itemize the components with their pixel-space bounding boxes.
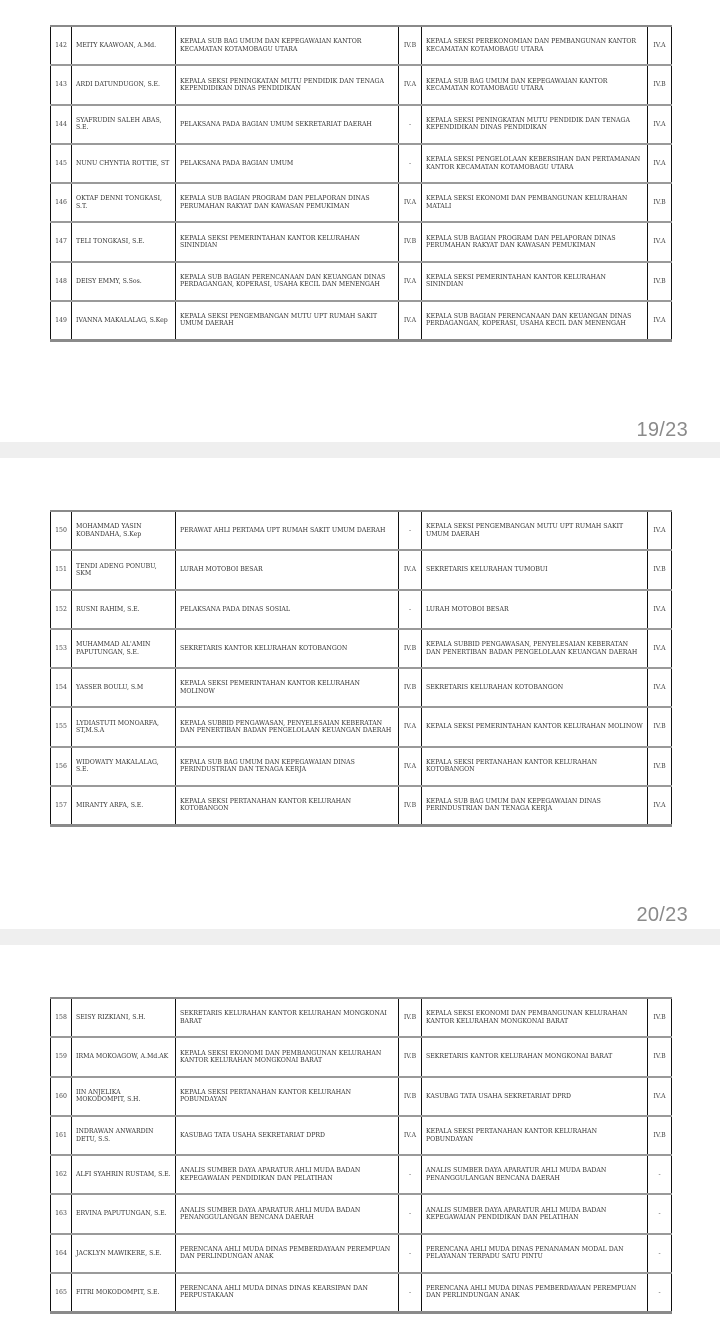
new-position: KEPALA SEKSI PERTANAHAN KANTOR KELURAHAN… <box>422 1116 648 1155</box>
new-grade: - <box>648 1273 672 1312</box>
new-grade: IV.a <box>648 786 672 825</box>
new-grade: IV.a <box>648 26 672 65</box>
old-position: PERENCANA AHLI MUDA DINAS PEMBERDAYAAN P… <box>176 1234 399 1273</box>
old-position: PERAWAT AHLI PERTAMA UPT RUMAH SAKIT UMU… <box>176 511 399 550</box>
new-position: KEPALA SUB BAG UMUM DAN KEPEGAWAIAN DINA… <box>422 786 648 825</box>
old-position: KEPALA SEKSI PENINGKATAN MUTU PENDIDIK D… <box>176 65 399 104</box>
page-number: 19/23 <box>636 419 688 442</box>
old-grade: IV.b <box>399 1077 422 1116</box>
new-grade: IV.b <box>648 550 672 589</box>
table-row: 161INDRAWAN ANWARDIN DETU, S.S.KASUBAG T… <box>51 1116 672 1155</box>
new-grade: IV.a <box>648 301 672 340</box>
page-separator <box>0 442 720 458</box>
new-grade: IV.b <box>648 183 672 222</box>
employee-name: ARDI DATUNDUGON, S.E. <box>72 65 176 104</box>
table-row: 158SEISY RIZKIANI, S.H.SEKRETARIS KELURA… <box>51 998 672 1037</box>
row-number: 162 <box>51 1155 72 1194</box>
page-number: 20/23 <box>636 904 688 927</box>
table-row: 149IVANNA MAKALALAG, S.KepKEPALA SEKSI P… <box>51 301 672 340</box>
new-grade: IV.b <box>648 747 672 786</box>
table-row: 165FITRI MOKODOMPIT, S.E.PERENCANA AHLI … <box>51 1273 672 1312</box>
old-grade: IV.b <box>399 786 422 825</box>
new-position: KASUBAG TATA USAHA SEKRETARIAT DPRD <box>422 1077 648 1116</box>
old-position: KEPALA SUB BAG UMUM DAN KEPEGAWAIAN DINA… <box>176 747 399 786</box>
row-number: 163 <box>51 1194 72 1233</box>
old-position: PELAKSANA PADA BAGIAN UMUM <box>176 144 399 183</box>
table-row: 144SYAFRUDIN SALEH ABAS, S.E.PELAKSANA P… <box>51 105 672 144</box>
row-number: 165 <box>51 1273 72 1312</box>
employee-name: TELI TONGKASI, S.E. <box>72 222 176 261</box>
table-row: 152RUSNI RAHIM, S.E.PELAKSANA PADA DINAS… <box>51 590 672 629</box>
old-position: SEKRETARIS KANTOR KELURAHAN KOTOBANGON <box>176 629 399 668</box>
employee-name: OKTAF DENNI TONGKASI, S.T. <box>72 183 176 222</box>
old-grade: - <box>399 1194 422 1233</box>
new-position: KEPALA SEKSI EKONOMI DAN PEMBANGUNAN KEL… <box>422 998 648 1037</box>
new-position: SEKRETARIS KELURAHAN KOTOBANGON <box>422 668 648 707</box>
new-grade: - <box>648 1234 672 1273</box>
row-number: 147 <box>51 222 72 261</box>
new-grade: IV.a <box>648 668 672 707</box>
row-number: 142 <box>51 26 72 65</box>
old-position: PELAKSANA PADA DINAS SOSIAL <box>176 590 399 629</box>
employee-name: IRMA MOKOAGOW, A.Md.AK <box>72 1037 176 1076</box>
row-number: 154 <box>51 668 72 707</box>
employee-name: TENDI ADENG PONUBU, SKM <box>72 550 176 589</box>
new-grade: IV.b <box>648 998 672 1037</box>
old-grade: IV.a <box>399 707 422 746</box>
employee-name: MUHAMMAD AL'AMIN PAPUTUNGAN, S.E. <box>72 629 176 668</box>
row-number: 144 <box>51 105 72 144</box>
row-number: 156 <box>51 747 72 786</box>
row-number: 152 <box>51 590 72 629</box>
old-grade: IV.a <box>399 550 422 589</box>
employee-name: IVANNA MAKALALAG, S.Kep <box>72 301 176 340</box>
employee-name: WIDOWATY MAKALALAG, S.E. <box>72 747 176 786</box>
new-grade: IV.a <box>648 590 672 629</box>
old-position: KASUBAG TATA USAHA SEKRETARIAT DPRD <box>176 1116 399 1155</box>
old-position: ANALIS SUMBER DAYA APARATUR AHLI MUDA BA… <box>176 1155 399 1194</box>
row-number: 155 <box>51 707 72 746</box>
row-number: 160 <box>51 1077 72 1116</box>
new-position: SEKRETARIS KANTOR KELURAHAN MONGKONAI BA… <box>422 1037 648 1076</box>
new-position: PERENCANA AHLI MUDA DINAS PENANAMAN MODA… <box>422 1234 648 1273</box>
table-row: 155LYDIASTUTI MONOARFA, ST,M.S.AKEPALA S… <box>51 707 672 746</box>
old-position: KEPALA SEKSI PEMERINTAHAN KANTOR KELURAH… <box>176 222 399 261</box>
old-grade: - <box>399 511 422 550</box>
new-grade: IV.a <box>648 144 672 183</box>
table-row: 146OKTAF DENNI TONGKASI, S.T.KEPALA SUB … <box>51 183 672 222</box>
table-row: 160IIN ANJELIKA MOKODOMPIT, S.H.KEPALA S… <box>51 1077 672 1116</box>
old-position: ANALIS SUMBER DAYA APARATUR AHLI MUDA BA… <box>176 1194 399 1233</box>
new-position: KEPALA SUB BAG UMUM DAN KEPEGAWAIAN KANT… <box>422 65 648 104</box>
employee-name: NUNU CHYNTIA ROTTIE, ST <box>72 144 176 183</box>
new-grade: IV.a <box>648 1077 672 1116</box>
old-position: KEPALA SEKSI PENGEMBANGAN MUTU UPT RUMAH… <box>176 301 399 340</box>
table-row: 142MEITY KAAWOAN, A.Md.KEPALA SUB BAG UM… <box>51 26 672 65</box>
row-number: 148 <box>51 262 72 301</box>
old-grade: - <box>399 1234 422 1273</box>
row-number: 146 <box>51 183 72 222</box>
row-number: 143 <box>51 65 72 104</box>
old-position: LURAH MOTOBOI BESAR <box>176 550 399 589</box>
new-position: KEPALA SEKSI EKONOMI DAN PEMBANGUNAN KEL… <box>422 183 648 222</box>
employee-name: MOHAMMAD YASIN KOBANDAHA, S.Kep <box>72 511 176 550</box>
new-position: KEPALA SEKSI PEMERINTAHAN KANTOR KELURAH… <box>422 707 648 746</box>
new-position: KEPALA SUB BAGIAN PERENCANAAN DAN KEUANG… <box>422 301 648 340</box>
old-position: KEPALA SEKSI PEMERINTAHAN KANTOR KELURAH… <box>176 668 399 707</box>
old-grade: IV.b <box>399 1037 422 1076</box>
new-grade: IV.a <box>648 511 672 550</box>
employee-name: MEITY KAAWOAN, A.Md. <box>72 26 176 65</box>
new-position: KEPALA SEKSI PENINGKATAN MUTU PENDIDIK D… <box>422 105 648 144</box>
table-row: 163ERVINA PAPUTUNGAN, S.E.ANALIS SUMBER … <box>51 1194 672 1233</box>
new-grade: IV.a <box>648 629 672 668</box>
old-position: PELAKSANA PADA BAGIAN UMUM SEKRETARIAT D… <box>176 105 399 144</box>
employee-name: ERVINA PAPUTUNGAN, S.E. <box>72 1194 176 1233</box>
old-grade: IV.b <box>399 998 422 1037</box>
old-grade: IV.b <box>399 668 422 707</box>
new-position: ANALIS SUMBER DAYA APARATUR AHLI MUDA BA… <box>422 1155 648 1194</box>
table-row: 153MUHAMMAD AL'AMIN PAPUTUNGAN, S.E.SEKR… <box>51 629 672 668</box>
row-number: 159 <box>51 1037 72 1076</box>
old-grade: IV.a <box>399 1116 422 1155</box>
old-position: KEPALA SEKSI PERTANAHAN KANTOR KELURAHAN… <box>176 1077 399 1116</box>
row-number: 158 <box>51 998 72 1037</box>
old-position: KEPALA SUB BAG UMUM DAN KEPEGAWAIAN KANT… <box>176 26 399 65</box>
table-row: 143ARDI DATUNDUGON, S.E.KEPALA SEKSI PEN… <box>51 65 672 104</box>
new-position: ANALIS SUMBER DAYA APARATUR AHLI MUDA BA… <box>422 1194 648 1233</box>
old-grade: - <box>399 1155 422 1194</box>
new-position: LURAH MOTOBOI BESAR <box>422 590 648 629</box>
row-number: 164 <box>51 1234 72 1273</box>
row-number: 149 <box>51 301 72 340</box>
employee-name: SEISY RIZKIANI, S.H. <box>72 998 176 1037</box>
table-row: 162ALFI SYAHRIN RUSTAM, S.E.ANALIS SUMBE… <box>51 1155 672 1194</box>
new-grade: - <box>648 1194 672 1233</box>
new-grade: IV.b <box>648 1116 672 1155</box>
old-grade: IV.a <box>399 301 422 340</box>
new-position: KEPALA SEKSI PENGELOLAAN KEBERSIHAN DAN … <box>422 144 648 183</box>
page-separator <box>0 929 720 945</box>
employee-name: MIRANTY ARFA, S.E. <box>72 786 176 825</box>
row-number: 151 <box>51 550 72 589</box>
old-grade: IV.a <box>399 65 422 104</box>
old-position: KEPALA SUB BAGIAN PERENCANAAN DAN KEUANG… <box>176 262 399 301</box>
table-row: 150MOHAMMAD YASIN KOBANDAHA, S.KepPERAWA… <box>51 511 672 550</box>
row-number: 161 <box>51 1116 72 1155</box>
new-grade: - <box>648 1155 672 1194</box>
employee-name: DEISY EMMY, S.Sos. <box>72 262 176 301</box>
employee-name: ALFI SYAHRIN RUSTAM, S.E. <box>72 1155 176 1194</box>
old-position: KEPALA SEKSI EKONOMI DAN PEMBANGUNAN KEL… <box>176 1037 399 1076</box>
table-row: 145NUNU CHYNTIA ROTTIE, STPELAKSANA PADA… <box>51 144 672 183</box>
table-row: 151TENDI ADENG PONUBU, SKMLURAH MOTOBOI … <box>51 550 672 589</box>
employee-name: LYDIASTUTI MONOARFA, ST,M.S.A <box>72 707 176 746</box>
old-grade: - <box>399 1273 422 1312</box>
row-number: 157 <box>51 786 72 825</box>
old-position: KEPALA SUB BAGIAN PROGRAM DAN PELAPORAN … <box>176 183 399 222</box>
employee-name: INDRAWAN ANWARDIN DETU, S.S. <box>72 1116 176 1155</box>
employee-name: YASSER BOULU, S.M <box>72 668 176 707</box>
new-grade: IV.b <box>648 707 672 746</box>
old-position: PERENCANA AHLI MUDA DINAS DINAS KEARSIPA… <box>176 1273 399 1312</box>
table-row: 164JACKLYN MAWIKERE, S.E.PERENCANA AHLI … <box>51 1234 672 1273</box>
old-position: SEKRETARIS KELURAHAN KANTOR KELURAHAN MO… <box>176 998 399 1037</box>
employee-name: SYAFRUDIN SALEH ABAS, S.E. <box>72 105 176 144</box>
table-page-21: 158SEISY RIZKIANI, S.H.SEKRETARIS KELURA… <box>50 997 672 1314</box>
new-grade: IV.b <box>648 1037 672 1076</box>
old-grade: IV.b <box>399 26 422 65</box>
old-grade: IV.a <box>399 262 422 301</box>
old-grade: - <box>399 144 422 183</box>
new-position: KEPALA SUBBID PENGAWASAN, PENYELESAIAN K… <box>422 629 648 668</box>
new-grade: IV.a <box>648 105 672 144</box>
old-grade: IV.a <box>399 183 422 222</box>
new-position: KEPALA SEKSI PERTANAHAN KANTOR KELURAHAN… <box>422 747 648 786</box>
employee-name: JACKLYN MAWIKERE, S.E. <box>72 1234 176 1273</box>
new-position: KEPALA SEKSI PEREKONOMIAN DAN PEMBANGUNA… <box>422 26 648 65</box>
new-position: PERENCANA AHLI MUDA DINAS PEMBERDAYAAN P… <box>422 1273 648 1312</box>
row-number: 145 <box>51 144 72 183</box>
old-grade: - <box>399 590 422 629</box>
new-grade: IV.b <box>648 65 672 104</box>
table-row: 147TELI TONGKASI, S.E.KEPALA SEKSI PEMER… <box>51 222 672 261</box>
old-grade: IV.b <box>399 222 422 261</box>
old-grade: - <box>399 105 422 144</box>
table-page-19: 142MEITY KAAWOAN, A.Md.KEPALA SUB BAG UM… <box>50 25 672 342</box>
old-position: KEPALA SEKSI PERTANAHAN KANTOR KELURAHAN… <box>176 786 399 825</box>
old-position: KEPALA SUBBID PENGAWASAN, PENYELESAIAN K… <box>176 707 399 746</box>
new-grade: IV.a <box>648 222 672 261</box>
new-position: KEPALA SEKSI PEMERINTAHAN KANTOR KELURAH… <box>422 262 648 301</box>
old-grade: IV.a <box>399 747 422 786</box>
employee-name: FITRI MOKODOMPIT, S.E. <box>72 1273 176 1312</box>
employee-name: IIN ANJELIKA MOKODOMPIT, S.H. <box>72 1077 176 1116</box>
table-row: 159IRMA MOKOAGOW, A.Md.AKKEPALA SEKSI EK… <box>51 1037 672 1076</box>
table-row: 148DEISY EMMY, S.Sos.KEPALA SUB BAGIAN P… <box>51 262 672 301</box>
table-row: 157MIRANTY ARFA, S.E.KEPALA SEKSI PERTAN… <box>51 786 672 825</box>
row-number: 150 <box>51 511 72 550</box>
row-number: 153 <box>51 629 72 668</box>
table-page-20: 150MOHAMMAD YASIN KOBANDAHA, S.KepPERAWA… <box>50 510 672 827</box>
table-row: 156WIDOWATY MAKALALAG, S.E.KEPALA SUB BA… <box>51 747 672 786</box>
new-position: SEKRETARIS KELURAHAN TUMOBUI <box>422 550 648 589</box>
table-row: 154YASSER BOULU, S.MKEPALA SEKSI PEMERIN… <box>51 668 672 707</box>
new-position: KEPALA SEKSI PENGEMBANGAN MUTU UPT RUMAH… <box>422 511 648 550</box>
employee-name: RUSNI RAHIM, S.E. <box>72 590 176 629</box>
old-grade: IV.b <box>399 629 422 668</box>
new-position: KEPALA SUB BAGIAN PROGRAM DAN PELAPORAN … <box>422 222 648 261</box>
new-grade: IV.b <box>648 262 672 301</box>
